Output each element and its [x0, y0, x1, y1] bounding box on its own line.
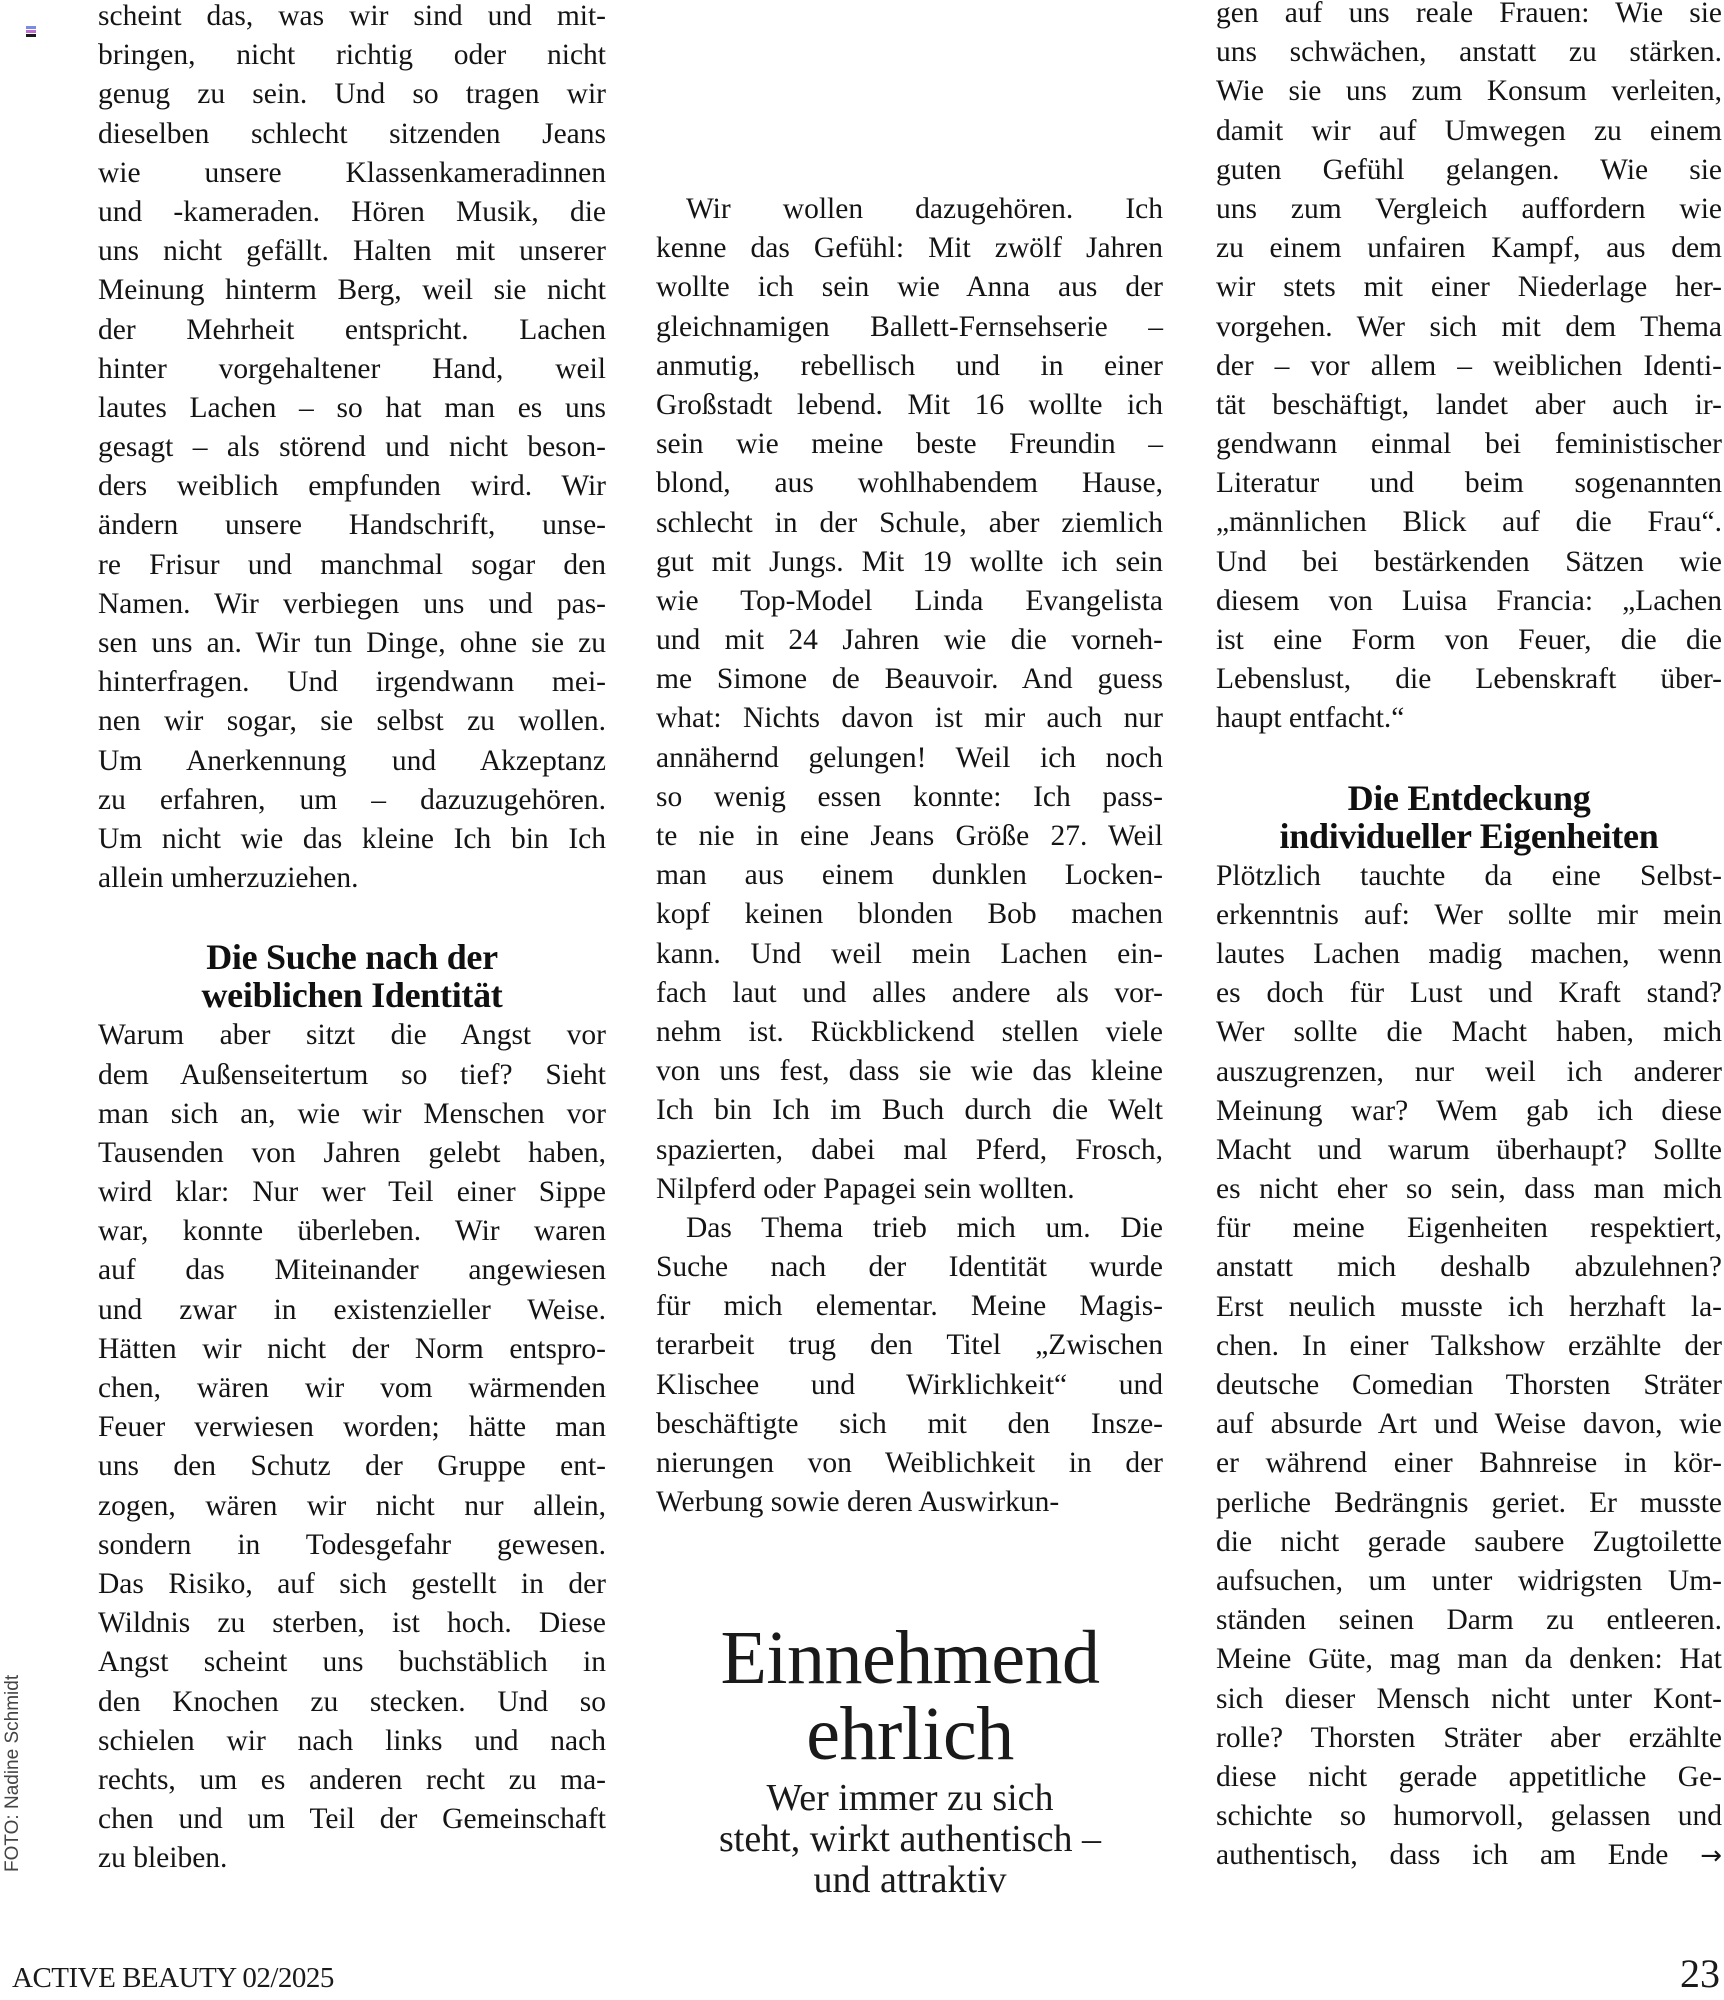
text-line: erkenntnis auf: Wer sollte mir mein	[1216, 896, 1722, 935]
text-line: Um Anerkennung und Akzeptanz	[98, 742, 606, 781]
text-line: Hätten wir nicht der Norm entspro-	[98, 1330, 606, 1369]
text-line: scheint das, was wir sind und mit-	[98, 0, 606, 36]
publication-footer: ACTIVE BEAUTY 02/2025	[12, 1962, 334, 1995]
text-line: Lebenslust, die Lebenskraft über-	[1216, 660, 1722, 699]
text-line: hinterfragen. Und irgendwann mei-	[98, 663, 606, 702]
article-column-1: scheint das, was wir sind und mit-bringe…	[98, 0, 606, 1878]
text-line: auf das Miteinander angewiesen	[98, 1251, 606, 1290]
text-line: Das Thema trieb mich um. Die	[656, 1209, 1163, 1248]
text-line: Warum aber sitzt die Angst vor	[98, 1016, 606, 1055]
text-line: Feuer verwiesen worden; hätte man	[98, 1408, 606, 1447]
text-line: von uns fest, dass sie wie das kleine	[656, 1052, 1163, 1091]
text-line: für meine Eigenheiten respektiert,	[1216, 1209, 1722, 1248]
text-line: gendwann einmal bei feministischer	[1216, 425, 1722, 464]
continue-arrow-icon: →	[1700, 1841, 1722, 1871]
text-line: gut mit Jungs. Mit 19 wollte ich sein	[656, 543, 1163, 582]
text-line: sen uns an. Wir tun Dinge, ohne sie zu	[98, 624, 606, 663]
text-line: fach laut und alles andere als vor-	[656, 974, 1163, 1013]
text-line: gen auf uns reale Frauen: Wie sie	[1216, 0, 1722, 33]
text-line: haupt entfacht.“	[1216, 699, 1722, 738]
text-line: spazierten, dabei mal Pferd, Frosch,	[656, 1131, 1163, 1170]
marker-stripe	[26, 26, 36, 29]
text-line: Das Risiko, auf sich gestellt in der	[98, 1565, 606, 1604]
text-line: Macht und warum überhaupt? Sollte	[1216, 1131, 1722, 1170]
text-line: beschäftigte sich mit den Insze-	[656, 1405, 1163, 1444]
text-line: ständen seinen Darm zu entleeren.	[1216, 1601, 1722, 1640]
pull-quote-title: Einnehmend ehrlich	[660, 1620, 1160, 1772]
text-line: Meine Güte, mag man da denken: Hat	[1216, 1640, 1722, 1679]
text-line: annähernd gelungen! Weil ich noch	[656, 739, 1163, 778]
section-heading-identity: Die Suche nach der weiblichen Identität	[98, 938, 606, 1014]
pull-sub-line: und attraktiv	[660, 1860, 1160, 1901]
text-line: uns zum Vergleich auffordern wie	[1216, 190, 1722, 229]
text-line: kopf keinen blonden Bob machen	[656, 895, 1163, 934]
heading-line: Die Entdeckung	[1216, 779, 1722, 817]
text-line: und -kameraden. Hören Musik, die	[98, 193, 606, 232]
heading-line: individueller Eigenheiten	[1216, 817, 1722, 855]
text-line: auf absurde Art und Weise davon, wie	[1216, 1405, 1722, 1444]
text-line: „männlichen Blick auf die Frau“.	[1216, 503, 1722, 542]
text-line: Wir wollen dazugehören. Ich	[656, 190, 1163, 229]
text-line: den Knochen zu stecken. Und so	[98, 1683, 606, 1722]
text-line: rechts, um es anderen recht zu ma-	[98, 1761, 606, 1800]
text-line: allein umherzuziehen.	[98, 859, 606, 898]
text-line: schlecht in der Schule, aber ziemlich	[656, 504, 1163, 543]
pull-title-line: Einnehmend	[660, 1620, 1160, 1696]
text-line: ist eine Form von Feuer, die die	[1216, 621, 1722, 660]
text-line: anstatt mich deshalb abzulehnen?	[1216, 1248, 1722, 1287]
text-line: Werbung sowie deren Auswirkun-	[656, 1483, 1163, 1522]
text-line: wie Top-Model Linda Evangelista	[656, 582, 1163, 621]
text-line: uns den Schutz der Gruppe ent-	[98, 1447, 606, 1486]
paragraph: Warum aber sitzt die Angst vordem Außens…	[98, 1016, 606, 1878]
text-line: Tausenden von Jahren gelebt haben,	[98, 1134, 606, 1173]
text-line: me Simone de Beauvoir. And guess	[656, 660, 1163, 699]
paragraph: Wir wollen dazugehören. Ichkenne das Gef…	[656, 190, 1163, 1522]
heading-line: Die Suche nach der	[98, 938, 606, 976]
text-line: tät beschäftigt, landet aber auch ir-	[1216, 386, 1722, 425]
text-line: lautes Lachen – so hat man es uns	[98, 389, 606, 428]
paragraph: scheint das, was wir sind und mit-bringe…	[98, 0, 606, 898]
text-line: aufsuchen, um unter widrigsten Um-	[1216, 1562, 1722, 1601]
text-line: Meinung hinterm Berg, weil sie nicht	[98, 271, 606, 310]
text-line: sondern in Todesgefahr gewesen.	[98, 1526, 606, 1565]
continue-line: authentisch, dass ich am Ende →	[1216, 1836, 1722, 1875]
text-line: Meinung war? Wem gab ich diese	[1216, 1092, 1722, 1131]
paragraph: Plötzlich tauchte da eine Selbst-erkennt…	[1216, 857, 1722, 1837]
text-line: der Mehrheit entspricht. Lachen	[98, 311, 606, 350]
text-line: uns schwächen, anstatt zu stärken.	[1216, 33, 1722, 72]
paragraph: gen auf uns reale Frauen: Wie sieuns sch…	[1216, 0, 1722, 739]
text-line: der – vor allem – weiblichen Identi-	[1216, 347, 1722, 386]
text-line: nen wir sogar, sie selbst zu wollen.	[98, 702, 606, 741]
text-line: und zwar in existenzieller Weise.	[98, 1291, 606, 1330]
text-line: sein wie meine beste Freundin –	[656, 425, 1163, 464]
text-line: wollte ich sein wie Anna aus der	[656, 268, 1163, 307]
text-line: Wildnis zu sterben, ist hoch. Diese	[98, 1604, 606, 1643]
text-line: kann. Und weil mein Lachen ein-	[656, 935, 1163, 974]
text-line: guten Gefühl gelangen. Wie sie	[1216, 151, 1722, 190]
text-line: zu einem unfairen Kampf, aus dem	[1216, 229, 1722, 268]
color-marker-icon	[26, 26, 36, 38]
article-column-2: Wir wollen dazugehören. Ichkenne das Gef…	[656, 190, 1163, 1522]
text-line: nehm ist. Rückblickend stellen viele	[656, 1013, 1163, 1052]
text-line: vorgehen. Wer sich mit dem Thema	[1216, 308, 1722, 347]
text-line: es doch für Lust und Kraft stand?	[1216, 974, 1722, 1013]
text-line: lautes Lachen madig machen, wenn	[1216, 935, 1722, 974]
text-line: Ich bin Ich im Buch durch die Welt	[656, 1091, 1163, 1130]
pull-quote: Einnehmend ehrlich Wer immer zu sich ste…	[660, 1620, 1160, 1901]
text-line: man sich an, wie wir Menschen vor	[98, 1095, 606, 1134]
text-line: er während einer Bahnreise in kör-	[1216, 1444, 1722, 1483]
text-line: diese nicht gerade appetitliche Ge-	[1216, 1758, 1722, 1797]
text-line: Großstadt lebend. Mit 16 wollte ich	[656, 386, 1163, 425]
text-line: hinter vorgehaltener Hand, weil	[98, 350, 606, 389]
text-line: wie unsere Klassenkameradinnen	[98, 154, 606, 193]
text-line: what: Nichts davon ist mir auch nur	[656, 699, 1163, 738]
article-column-3: gen auf uns reale Frauen: Wie sieuns sch…	[1216, 0, 1722, 1875]
text-line: es nicht eher so sein, dass man mich	[1216, 1170, 1722, 1209]
text-line: gleichnamigen Ballett-Fernsehserie –	[656, 308, 1163, 347]
text-line: uns nicht gefällt. Halten mit unserer	[98, 232, 606, 271]
pull-sub-line: Wer immer zu sich	[660, 1778, 1160, 1819]
text-line: Plötzlich tauchte da eine Selbst-	[1216, 857, 1722, 896]
text-line: nierungen von Weiblichkeit in der	[656, 1444, 1163, 1483]
text-line: dem Außenseitertum so tief? Sieht	[98, 1056, 606, 1095]
section-heading-individuality: Die Entdeckung individueller Eigenheiten	[1216, 779, 1722, 855]
text-line: chen, wären wir vom wärmenden	[98, 1369, 606, 1408]
text-line: auszugrenzen, nur weil ich anderer	[1216, 1053, 1722, 1092]
marker-stripe	[26, 30, 36, 33]
text-line: diesem von Luisa Francia: „Lachen	[1216, 582, 1722, 621]
heading-line: weiblichen Identität	[98, 976, 606, 1014]
text-line: dieselben schlecht sitzenden Jeans	[98, 115, 606, 154]
page-number: 23	[1680, 1950, 1720, 1997]
text-line: so wenig essen konnte: Ich pass-	[656, 778, 1163, 817]
text-line: Wer sollte die Macht haben, mich	[1216, 1013, 1722, 1052]
text-line: sich dieser Mensch nicht unter Kont-	[1216, 1680, 1722, 1719]
photo-credit: FOTO: Nadine Schmidt	[2, 1675, 24, 1872]
text-line: bringen, nicht richtig oder nicht	[98, 36, 606, 75]
text-line: Namen. Wir verbiegen uns und pas-	[98, 585, 606, 624]
text-line: Literatur und beim sogenannten	[1216, 464, 1722, 503]
text-line: und mit 24 Jahren wie die vorneh-	[656, 621, 1163, 660]
text-line: chen. In einer Talkshow erzählte der	[1216, 1327, 1722, 1366]
text-line: blond, aus wohlhabendem Hause,	[656, 464, 1163, 503]
text-line: Um nicht wie das kleine Ich bin Ich	[98, 820, 606, 859]
pull-sub-line: steht, wirkt authentisch –	[660, 1819, 1160, 1860]
text-line: für mich elementar. Meine Magis-	[656, 1287, 1163, 1326]
text-line: deutsche Comedian Thorsten Sträter	[1216, 1366, 1722, 1405]
text-line: chen und um Teil der Gemeinschaft	[98, 1800, 606, 1839]
pull-title-line: ehrlich	[660, 1696, 1160, 1772]
pull-quote-subtitle: Wer immer zu sich steht, wirkt authentis…	[660, 1778, 1160, 1901]
text-line: schichte so humorvoll, gelassen und	[1216, 1797, 1722, 1836]
text-line: zu erfahren, um – dazuzugehören.	[98, 781, 606, 820]
text-line: Klischee und Wirklichkeit“ und	[656, 1366, 1163, 1405]
text-line: Und bei bestärkenden Sätzen wie	[1216, 543, 1722, 582]
text-line: Suche nach der Identität wurde	[656, 1248, 1163, 1287]
text-line: die nicht gerade saubere Zugtoilette	[1216, 1523, 1722, 1562]
text-line: gesagt – als störend und nicht beson-	[98, 428, 606, 467]
text-line: war, konnte überleben. Wir waren	[98, 1212, 606, 1251]
text-line: kenne das Gefühl: Mit zwölf Jahren	[656, 229, 1163, 268]
text-line: ders weiblich empfunden wird. Wir	[98, 467, 606, 506]
text-line: schielen wir nach links und nach	[98, 1722, 606, 1761]
text-line: zogen, wären wir nicht nur allein,	[98, 1487, 606, 1526]
text-line: wir stets mit einer Niederlage her-	[1216, 268, 1722, 307]
text-line: terarbeit trug den Titel „Zwischen	[656, 1326, 1163, 1365]
marker-stripe	[26, 34, 36, 37]
text-line: Wie sie uns zum Konsum verleiten,	[1216, 72, 1722, 111]
text-line: te nie in eine Jeans Größe 27. Weil	[656, 817, 1163, 856]
text-line: damit wir auf Umwegen zu einem	[1216, 112, 1722, 151]
text-line: rolle? Thorsten Sträter aber erzählte	[1216, 1719, 1722, 1758]
text-line: perliche Bedrängnis geriet. Er musste	[1216, 1484, 1722, 1523]
text-line: man aus einem dunklen Locken-	[656, 856, 1163, 895]
text-line: wird klar: Nur wer Teil einer Sippe	[98, 1173, 606, 1212]
text-line: anmutig, rebellisch und in einer	[656, 347, 1163, 386]
text-line: Nilpferd oder Papagei sein wollten.	[656, 1170, 1163, 1209]
text-line: re Frisur und manchmal sogar den	[98, 546, 606, 585]
text-line: Erst neulich musste ich herzhaft la-	[1216, 1288, 1722, 1327]
text-line: Angst scheint uns buchstäblich in	[98, 1643, 606, 1682]
text-line: zu bleiben.	[98, 1839, 606, 1878]
text-line: ändern unsere Handschrift, unse-	[98, 506, 606, 545]
text-line: authentisch, dass ich am Ende	[1216, 1839, 1668, 1871]
text-line: genug zu sein. Und so tragen wir	[98, 75, 606, 114]
